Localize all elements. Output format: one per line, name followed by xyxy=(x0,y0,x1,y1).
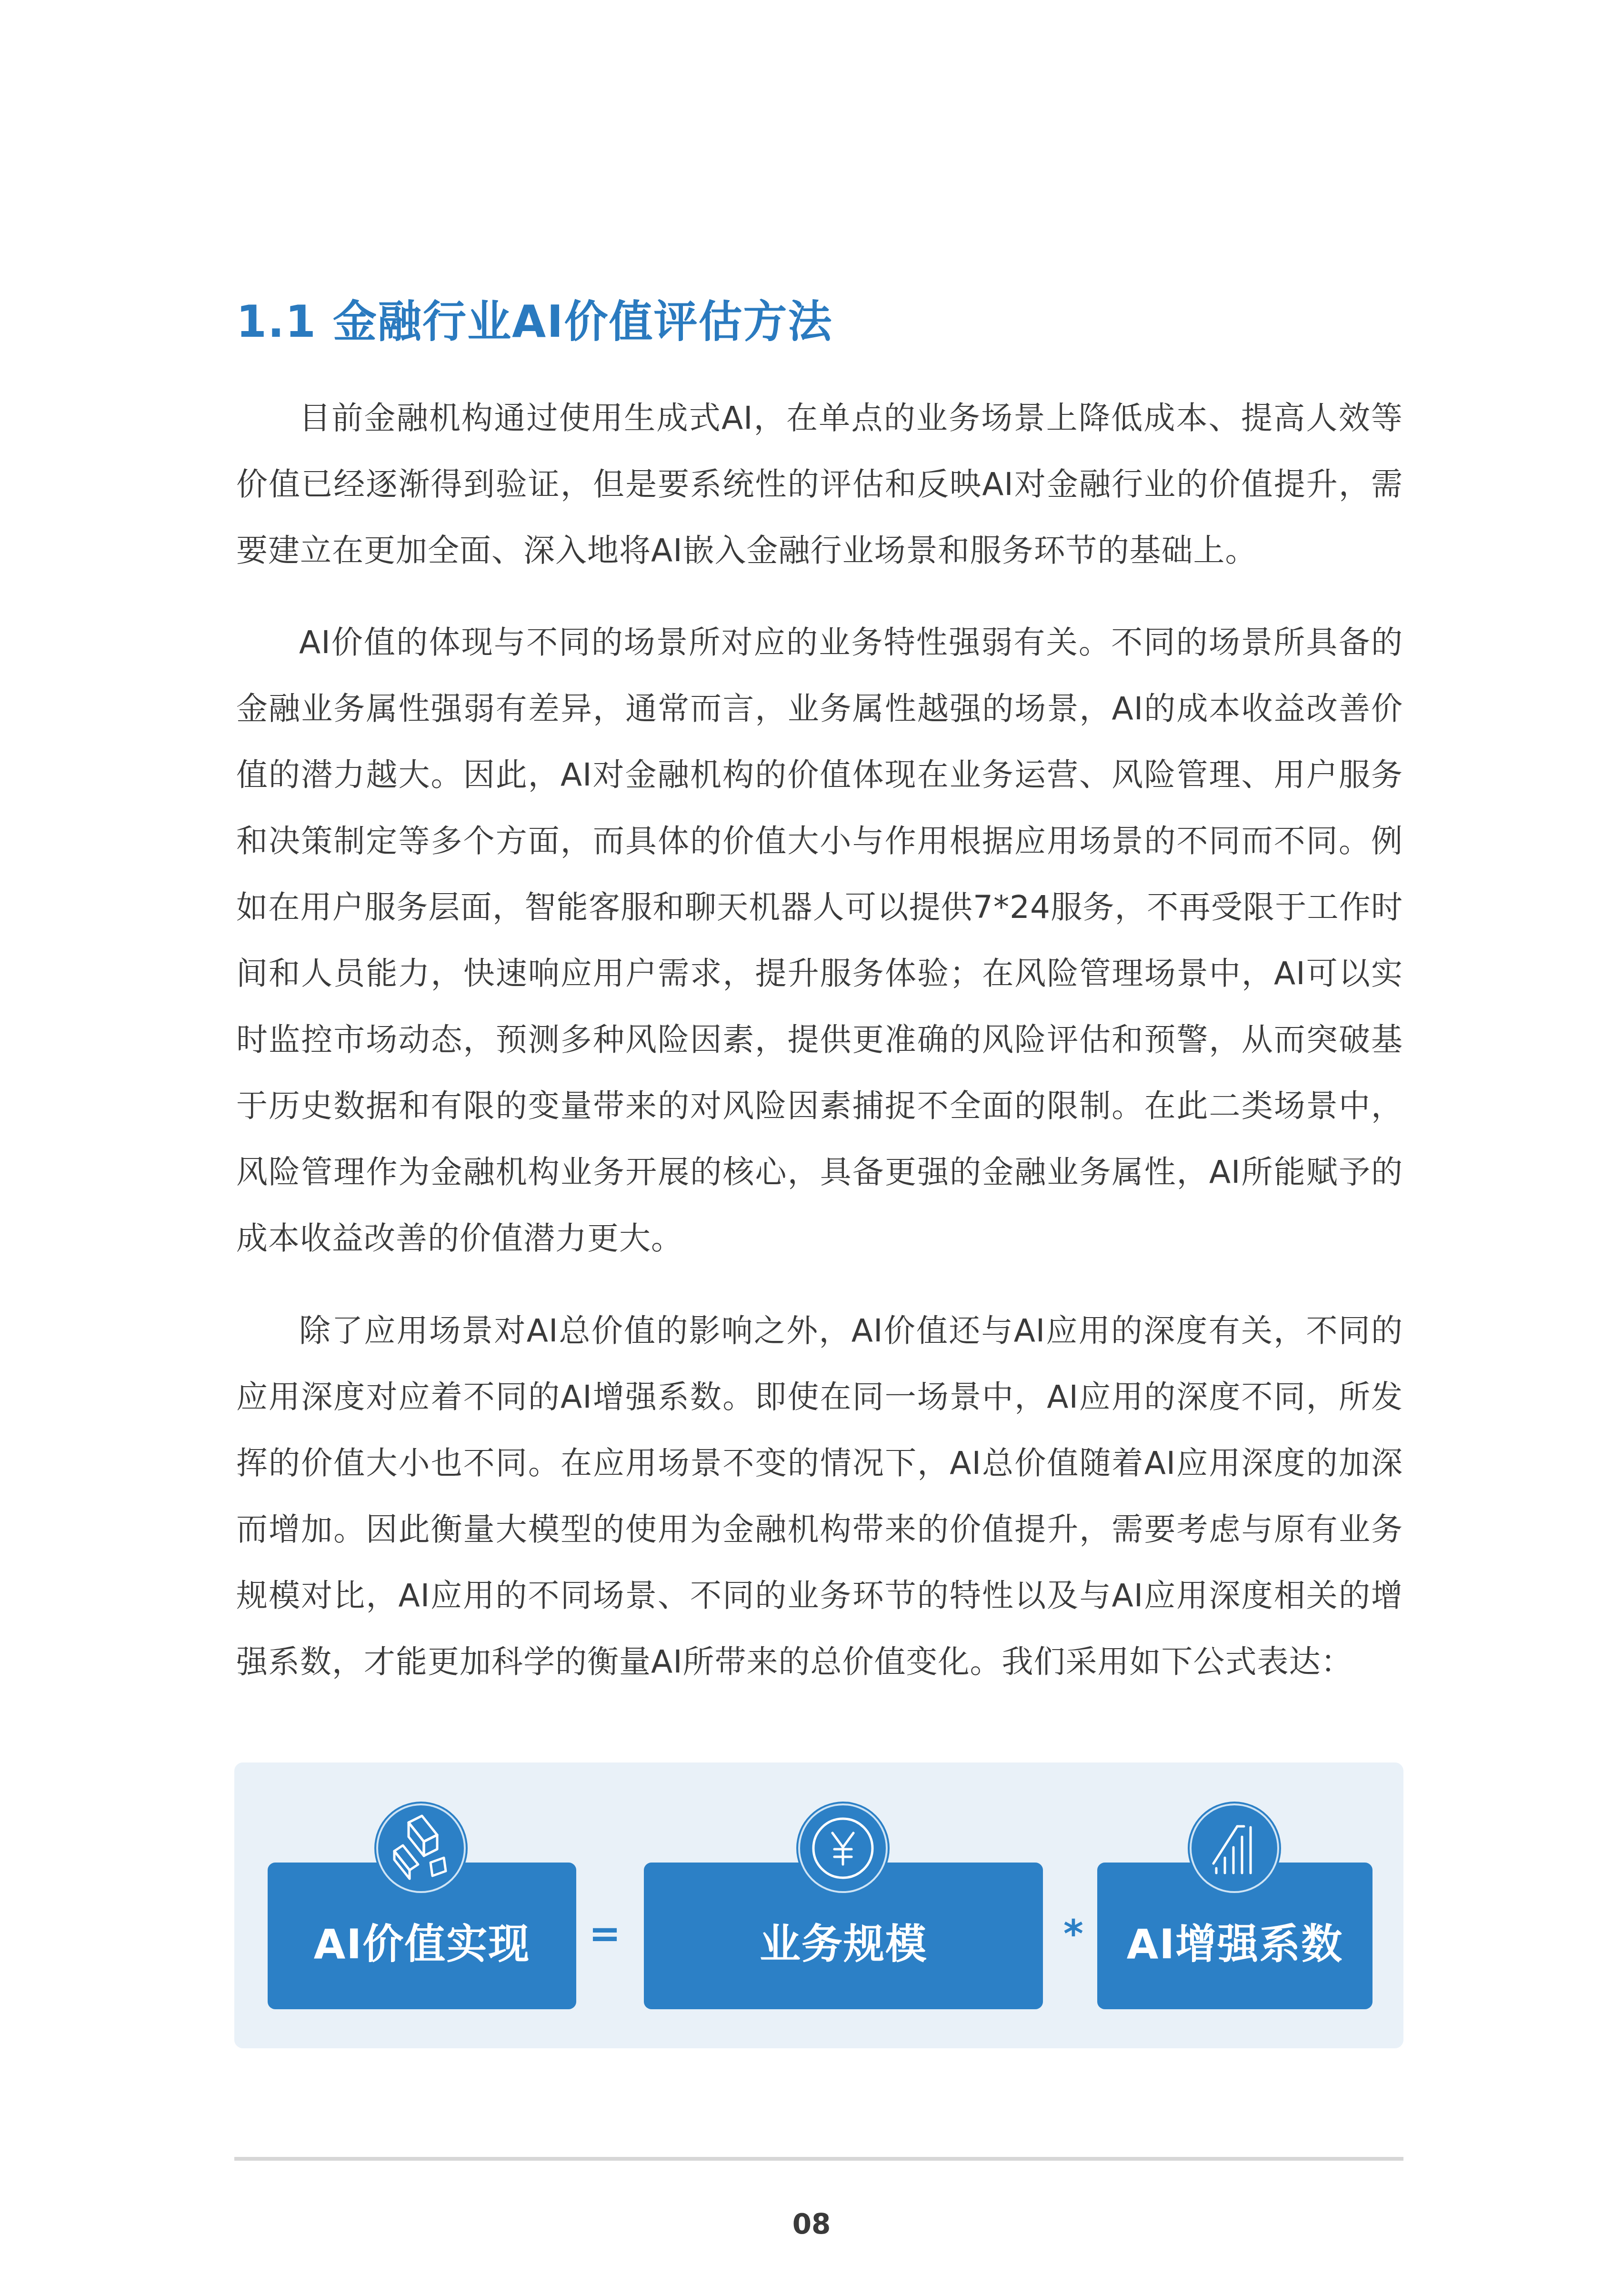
equals-operator: = xyxy=(586,1905,624,1963)
gold-bars-icon xyxy=(374,1802,468,1895)
yuan-coin-icon xyxy=(796,1802,890,1895)
section-title: 1.1 金融行业AI价值评估方法 xyxy=(236,287,832,350)
page-number: 08 xyxy=(0,2208,1623,2240)
paragraph-2: AI价值的体现与不同的场景所对应的业务特性强弱有关。不同的场景所具备的金融业务属… xyxy=(236,609,1403,1271)
term-label: AI价值实现 xyxy=(314,1911,531,1970)
paragraph-3: 除了应用场景对AI总价值的影响之外，AI价值还与AI应用的深度有关，不同的应用深… xyxy=(236,1298,1403,1695)
multiply-operator: * xyxy=(1054,1905,1092,1963)
paragraph-1: 目前金融机构通过使用生成式AI，在单点的业务场景上降低成本、提高人效等价值已经逐… xyxy=(236,385,1403,584)
footer-divider xyxy=(234,2157,1403,2161)
growth-chart-icon xyxy=(1188,1802,1281,1895)
term-label: AI增强系数 xyxy=(1127,1911,1343,1970)
term-label: 业务规模 xyxy=(760,1911,927,1970)
formula-diagram: AI价值实现 = 业务规模 xyxy=(234,1762,1403,2048)
